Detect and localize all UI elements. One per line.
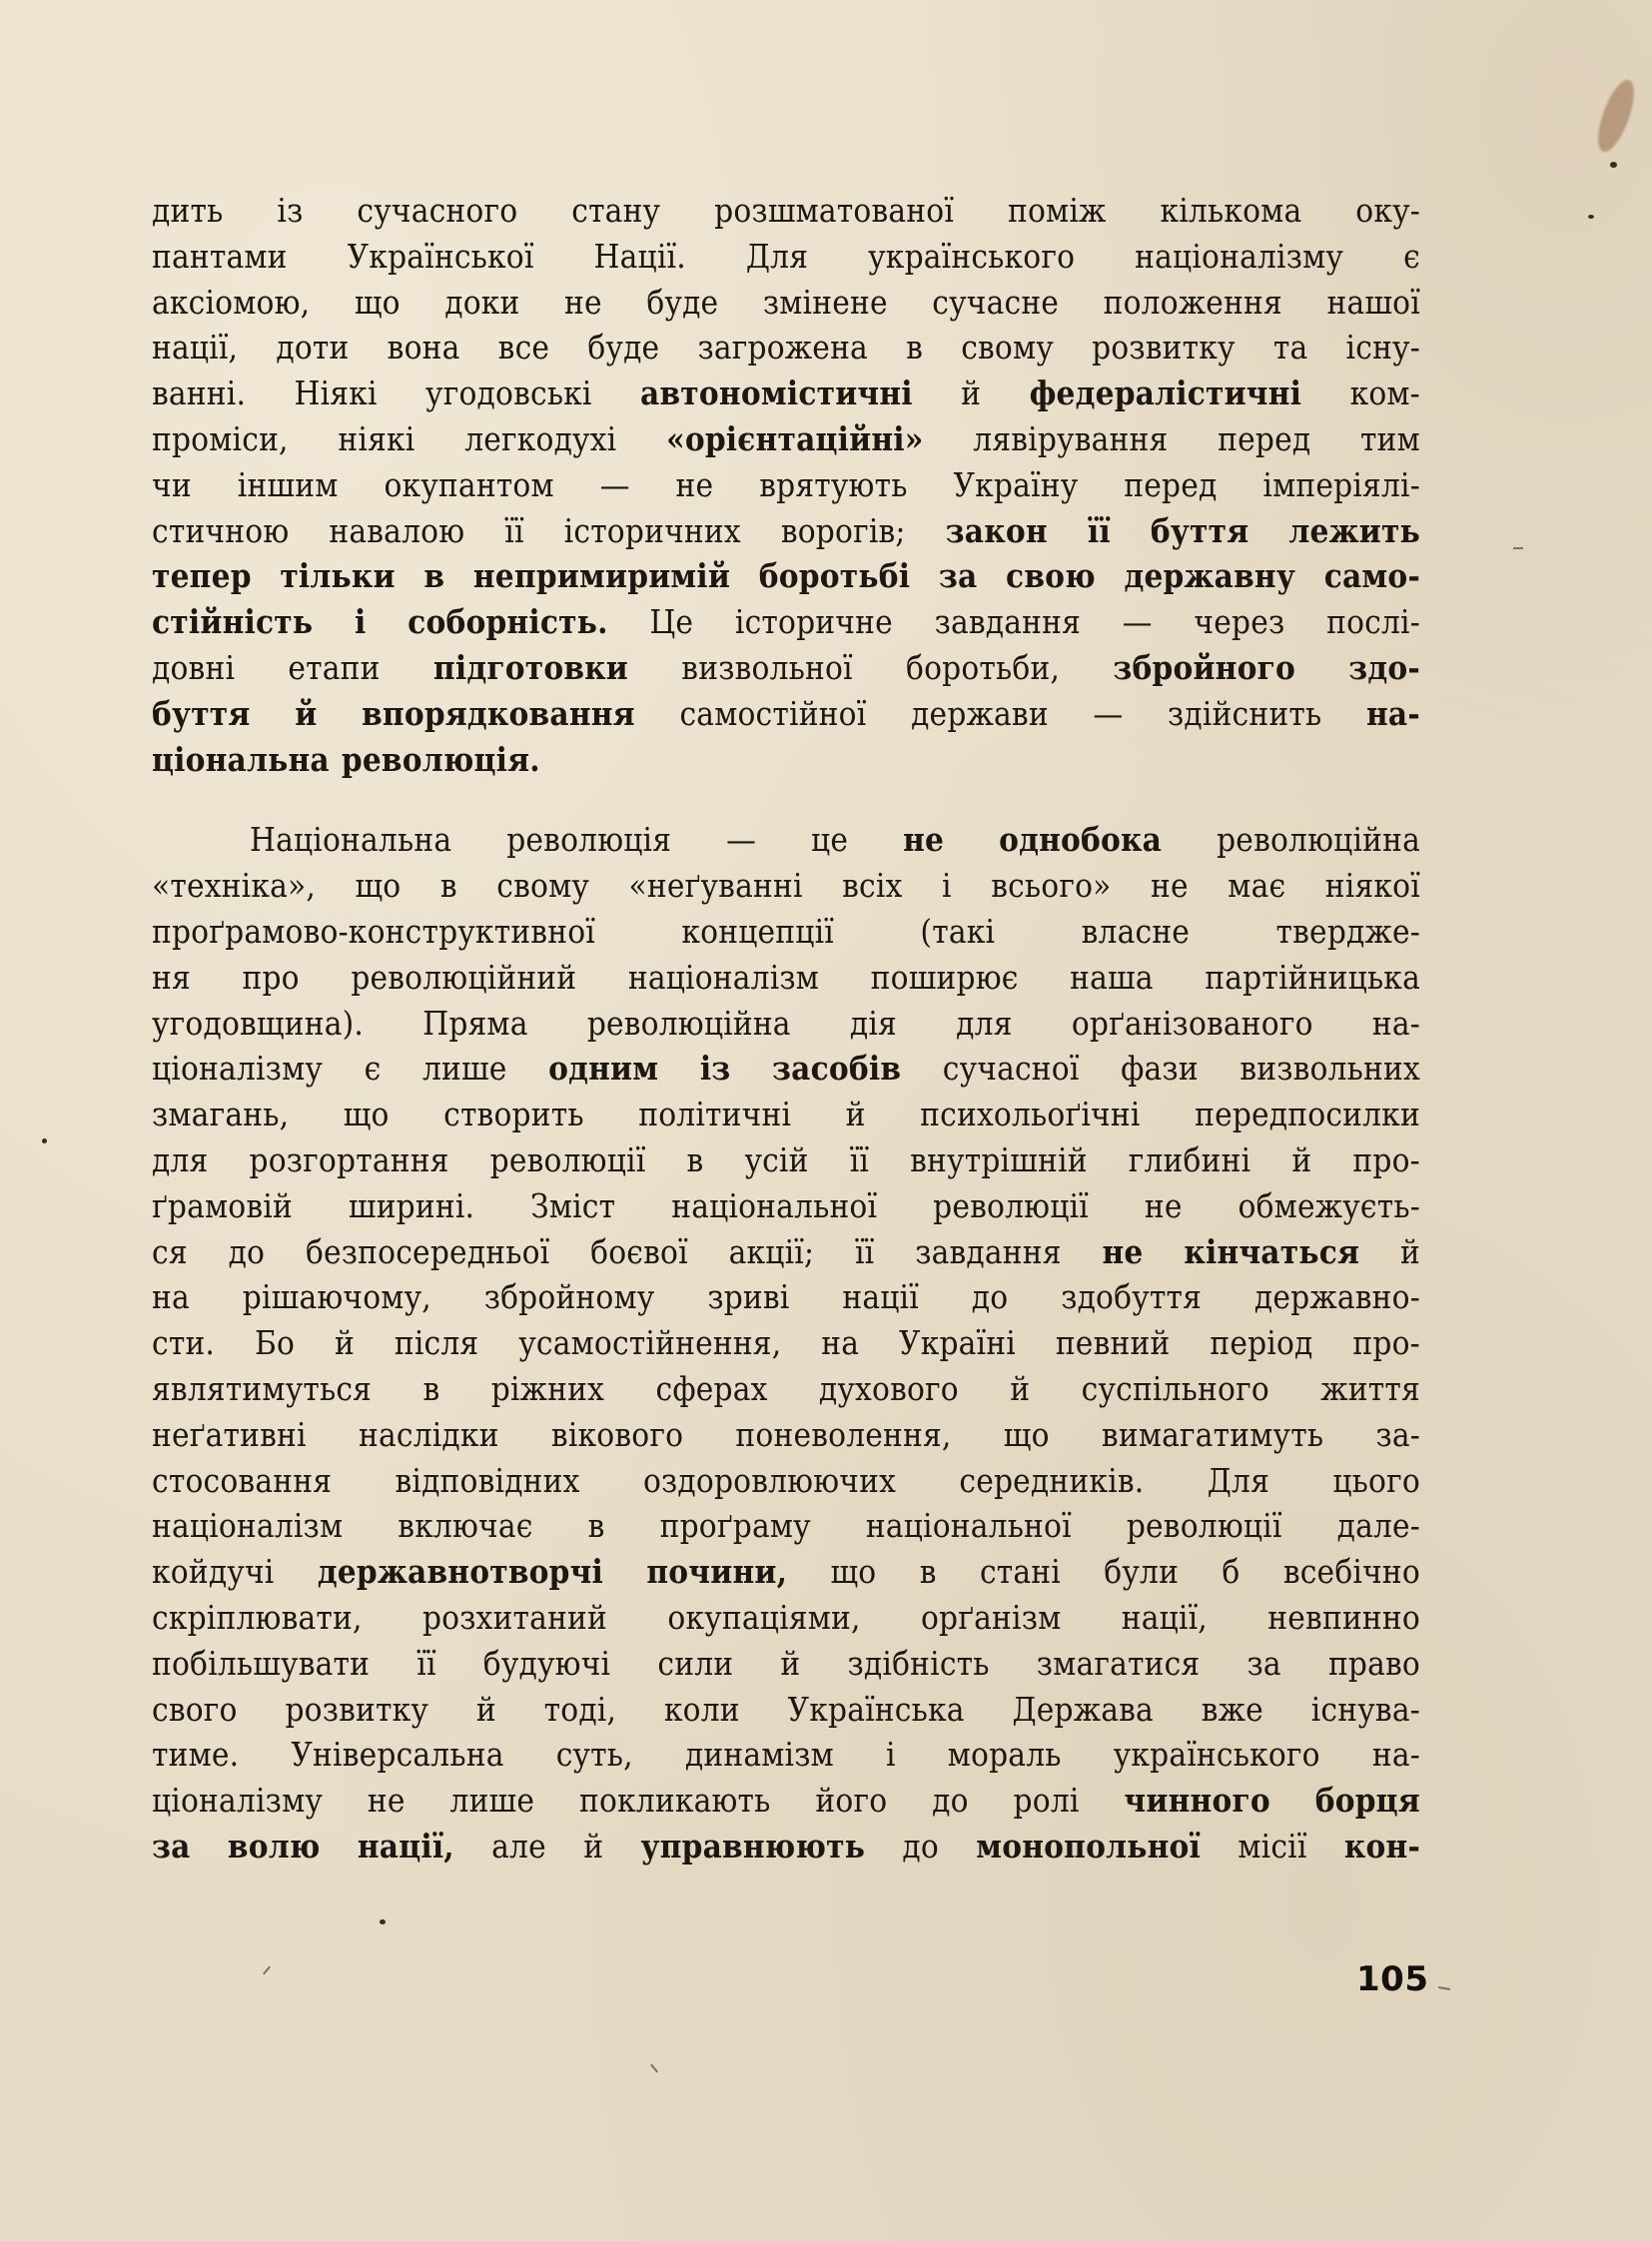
word: однобока	[999, 817, 1162, 863]
bold-text: збройного	[1113, 648, 1295, 687]
word: історичних	[564, 508, 741, 554]
regular-text: її	[855, 1232, 874, 1271]
bold-text: боротьбі	[759, 556, 910, 595]
bold-text: здо-	[1348, 648, 1420, 687]
regular-text: її	[850, 1140, 869, 1179]
regular-text: внутрішній	[910, 1140, 1088, 1179]
bold-text: й	[295, 694, 317, 733]
word: ролі	[1014, 1778, 1080, 1824]
regular-text: до	[902, 1827, 939, 1866]
regular-text: лише	[450, 1781, 535, 1820]
word: скріплювати,	[152, 1595, 363, 1641]
regular-text: окупантом	[384, 465, 553, 504]
regular-text: в	[906, 328, 923, 367]
word: для	[152, 1137, 208, 1183]
word: нашої	[1327, 280, 1420, 326]
word: невпинно	[1267, 1595, 1420, 1641]
regular-text: нації	[842, 1277, 919, 1316]
regular-text: й	[335, 1323, 355, 1362]
text-line: длярозгортанняреволюціївусійїївнутрішній…	[152, 1137, 1420, 1183]
regular-text: право	[1328, 1644, 1420, 1683]
text-line: буттяйвпорядкованнясамостійноїдержави—зд…	[152, 691, 1420, 737]
word: Національна	[250, 817, 451, 863]
word: на	[821, 1320, 859, 1366]
word: —	[1093, 691, 1123, 737]
regular-text: —	[600, 465, 630, 504]
regular-text: стану	[571, 191, 660, 230]
word: суть,	[556, 1732, 633, 1778]
word: визвольних	[1239, 1046, 1420, 1092]
regular-text: концепції	[681, 912, 834, 951]
word: легкодухі	[464, 416, 616, 462]
word: управнюють	[641, 1824, 866, 1869]
word: Ніякі	[294, 371, 377, 416]
regular-text: все	[498, 328, 550, 367]
regular-text: збройному	[484, 1277, 655, 1316]
regular-text: й	[583, 1827, 603, 1866]
regular-text: буде	[646, 283, 718, 322]
regular-text: чи	[152, 465, 192, 504]
regular-text: про-	[1352, 1140, 1419, 1179]
regular-text: всього»	[991, 866, 1111, 905]
paper-mark	[1513, 547, 1523, 549]
word: ріжних	[491, 1366, 604, 1412]
word: Універсальна	[291, 1732, 503, 1778]
regular-text: розгортання	[250, 1140, 449, 1179]
word: що	[344, 1092, 390, 1137]
word: ворогів;	[781, 508, 906, 554]
word: розгортання	[250, 1137, 449, 1183]
word: доти	[276, 325, 349, 371]
text-line: стичноюнавалоюїїісторичнихворогів;законї…	[152, 508, 1420, 554]
word: із	[277, 188, 303, 234]
word: в	[906, 325, 923, 371]
word: орґанізованого	[1072, 1001, 1313, 1047]
regular-text: поневолення,	[735, 1415, 951, 1454]
word: й	[1010, 1366, 1030, 1412]
word: федералістичні	[1030, 371, 1302, 416]
word: за	[152, 1824, 191, 1869]
word: політичні	[638, 1092, 791, 1137]
word: вимагатимуть	[1102, 1412, 1323, 1458]
regular-text: ся	[152, 1232, 188, 1271]
word: за	[1247, 1641, 1281, 1687]
word: окупаціями,	[667, 1595, 860, 1641]
regular-text: революції	[933, 1186, 1089, 1225]
word: чи	[152, 462, 192, 508]
regular-text: ком-	[1350, 373, 1420, 412]
word: й	[1291, 1137, 1311, 1183]
word: і	[355, 599, 366, 645]
word: передпосилки	[1195, 1092, 1420, 1137]
word: ґрамовій	[152, 1183, 293, 1229]
regular-text: боротьби,	[906, 648, 1060, 687]
bold-text: волю	[228, 1827, 321, 1866]
word: впорядковання	[362, 691, 635, 737]
word: й	[335, 1320, 355, 1366]
regular-text: держави	[911, 694, 1049, 733]
word: (такі	[920, 909, 995, 955]
regular-text: дія	[850, 1004, 897, 1043]
word: лише	[422, 1046, 507, 1092]
word: обмежуєть-	[1239, 1183, 1420, 1229]
bold-text: на-	[1366, 694, 1420, 733]
word: революція	[506, 817, 671, 863]
word: кон-	[1344, 1824, 1420, 1869]
regular-text: Нації.	[594, 237, 686, 276]
regular-text: ціоналізму	[152, 1781, 323, 1820]
word: революція.	[342, 737, 540, 783]
word: розвитку	[285, 1687, 428, 1733]
bold-text: тільки	[280, 556, 395, 595]
regular-text: психольоґічні	[920, 1095, 1140, 1133]
bold-text: і	[355, 602, 366, 641]
bold-text: свою	[1006, 556, 1096, 595]
word: навалою	[329, 508, 464, 554]
word: проґрамово-конструктивної	[152, 909, 595, 955]
bold-text: управнюють	[641, 1827, 866, 1866]
regular-text: ролі	[1014, 1781, 1080, 1820]
word: дія	[850, 1001, 897, 1047]
regular-text: в	[920, 1552, 937, 1591]
regular-text: й	[780, 1644, 800, 1683]
regular-text: націоналізму	[1135, 237, 1343, 276]
word: буде	[646, 280, 718, 326]
regular-text: в	[440, 866, 457, 905]
regular-text: на-	[1372, 1004, 1420, 1043]
regular-text: Україну	[954, 465, 1079, 504]
word: нації,	[152, 325, 238, 371]
regular-text: для	[152, 1140, 208, 1179]
word: Українська	[788, 1687, 965, 1733]
word: в	[686, 1137, 703, 1183]
word: окупантом	[384, 462, 553, 508]
regular-text: що	[356, 866, 402, 905]
regular-text: кількома	[1160, 191, 1301, 230]
word: ніякої	[1325, 863, 1420, 909]
regular-text: доти	[276, 328, 349, 367]
regular-text: не	[564, 283, 602, 322]
regular-text: «техніка»,	[152, 866, 316, 905]
regular-text: визвольних	[1239, 1049, 1420, 1088]
word: і	[886, 1732, 896, 1778]
regular-text: відповідних	[395, 1461, 579, 1500]
regular-text: нації,	[152, 328, 238, 367]
bold-text: автономістичні	[640, 373, 913, 412]
regular-text: орґанізованого	[1072, 1004, 1313, 1043]
regular-text: стосовання	[152, 1461, 332, 1500]
word: на-	[1366, 691, 1420, 737]
word: й	[846, 1092, 866, 1137]
word: дале-	[1337, 1503, 1420, 1549]
regular-text: ріжних	[491, 1369, 604, 1408]
word: змінене	[763, 280, 888, 326]
regular-text: в	[686, 1140, 703, 1179]
word: період	[1210, 1320, 1312, 1366]
word: ся	[152, 1229, 188, 1275]
regular-text: рішаючому,	[243, 1277, 431, 1316]
word: не	[1151, 863, 1189, 909]
regular-text: розшматованої	[714, 191, 954, 230]
regular-text: націоналізм	[152, 1506, 343, 1545]
word: її	[850, 1137, 869, 1183]
regular-text: перед	[1124, 465, 1217, 504]
word: на	[152, 1274, 190, 1320]
regular-text: здібність	[848, 1644, 990, 1683]
regular-text: є	[1403, 237, 1420, 276]
bold-text: одним	[548, 1049, 658, 1088]
regular-text: оку-	[1355, 191, 1420, 230]
bold-text: революція.	[342, 740, 540, 779]
word: змагань,	[152, 1092, 289, 1137]
word: але	[491, 1824, 546, 1869]
regular-text: усамостійнення,	[518, 1323, 781, 1362]
regular-text: й	[1400, 1232, 1420, 1271]
word: кінчаться	[1184, 1229, 1359, 1275]
regular-text: ванні.	[152, 373, 246, 412]
word: власне	[1082, 909, 1190, 955]
regular-text: це	[811, 820, 848, 859]
regular-text: ніякі	[338, 419, 414, 458]
text-line: дитьізсучасногостанурозшматованоїпоміжкі…	[152, 188, 1420, 234]
bold-text: із	[700, 1049, 731, 1088]
bold-text: тепер	[152, 556, 252, 595]
word: лише	[450, 1778, 535, 1824]
bold-text: державну	[1124, 556, 1295, 595]
paper-speck	[380, 1919, 386, 1924]
word: вікового	[551, 1412, 683, 1458]
word: її	[416, 1641, 435, 1687]
regular-text: після	[395, 1323, 478, 1362]
word: й	[1400, 1229, 1420, 1275]
body-text: дитьізсучасногостанурозшматованоїпоміжкі…	[152, 188, 1420, 1869]
word: буття	[152, 691, 251, 737]
word: безпосередньої	[306, 1229, 549, 1275]
regular-text: твердже-	[1276, 912, 1420, 951]
text-line: проґрамово-конструктивноїконцепції(таків…	[152, 909, 1420, 955]
word: цього	[1332, 1458, 1420, 1504]
regular-text: певний	[1056, 1323, 1171, 1362]
regular-text: оздоровлюючих	[643, 1461, 896, 1500]
regular-text: до	[932, 1781, 969, 1820]
word: революційна	[1217, 817, 1420, 863]
regular-text: сучасної	[943, 1049, 1080, 1088]
word: в	[440, 863, 457, 909]
bold-text: буття	[152, 694, 251, 733]
word: визвольної	[681, 645, 852, 691]
word: не	[676, 462, 714, 508]
regular-text: всебічно	[1283, 1552, 1420, 1591]
regular-text: Української	[348, 237, 534, 276]
text-line: ванні.Ніякіугодовськіавтономістичнійфеде…	[152, 371, 1420, 416]
regular-text: —	[1093, 694, 1123, 733]
word: покликають	[579, 1778, 771, 1824]
word: націоналізм	[152, 1503, 343, 1549]
word: про-	[1352, 1320, 1419, 1366]
paper-mark	[650, 2064, 658, 2073]
regular-text: включає	[398, 1506, 532, 1545]
regular-text: свого	[152, 1690, 238, 1729]
word: психольоґічні	[920, 1092, 1140, 1137]
regular-text: історичне	[735, 602, 893, 641]
regular-text: Це	[649, 602, 693, 641]
regular-text: революції	[1127, 1506, 1282, 1545]
word: побільшувати	[152, 1641, 370, 1687]
regular-text: безпосередньої	[306, 1232, 549, 1271]
word: —	[726, 817, 756, 863]
word: революції	[490, 1137, 646, 1183]
regular-text: в	[422, 1369, 439, 1408]
regular-text: самостійної	[679, 694, 866, 733]
word: стану	[571, 188, 660, 234]
word: наслідки	[359, 1412, 499, 1458]
regular-text: дале-	[1337, 1506, 1420, 1545]
word: після	[395, 1320, 478, 1366]
page-number: 105	[1356, 1959, 1428, 1999]
text-line: являтимутьсявріжнихсферахдуховогойсуспіл…	[152, 1366, 1420, 1412]
bold-text: державнотворчі	[318, 1552, 603, 1591]
word: здо-	[1348, 645, 1420, 691]
regular-text: розхитаний	[422, 1598, 607, 1637]
word: розвитку	[1092, 325, 1236, 371]
regular-text: наша	[1070, 958, 1154, 997]
regular-text: всіх	[842, 866, 902, 905]
word: положення	[1104, 280, 1282, 326]
bold-text: за	[939, 556, 978, 595]
regular-text: що	[1004, 1415, 1050, 1454]
bold-text: чинного	[1124, 1781, 1269, 1820]
word: сучасної	[943, 1046, 1080, 1092]
regular-text: Українська	[788, 1690, 965, 1729]
word: боротьби,	[906, 645, 1060, 691]
regular-text: Універсальна	[291, 1735, 503, 1774]
word: має	[1228, 863, 1285, 909]
word: й	[780, 1641, 800, 1687]
paragraph-gap	[152, 782, 1420, 817]
word: концепції	[681, 909, 834, 955]
regular-text: свому	[961, 328, 1054, 367]
regular-text: ворогів;	[781, 511, 906, 550]
regular-text: не	[368, 1781, 406, 1820]
word: внутрішній	[910, 1137, 1088, 1183]
word: б	[1222, 1549, 1239, 1595]
regular-text: стані	[980, 1552, 1061, 1591]
regular-text: тоді,	[544, 1690, 616, 1729]
regular-text: свому	[496, 866, 589, 905]
word: здібність	[848, 1641, 990, 1687]
word: стійність	[152, 599, 313, 645]
regular-text: революція	[506, 820, 671, 859]
word: етапи	[288, 645, 380, 691]
word: автономістичні	[640, 371, 913, 416]
text-line: змагань,щостворитьполітичнійпсихольоґічн…	[152, 1092, 1420, 1137]
word: духового	[819, 1366, 959, 1412]
word: до	[229, 1229, 266, 1275]
word: буття	[1151, 508, 1249, 554]
word: Україну	[954, 462, 1079, 508]
bold-text: не	[903, 820, 944, 859]
word: та	[1273, 325, 1308, 371]
paper-mark	[1438, 1986, 1450, 1990]
word: Держава	[1012, 1687, 1154, 1733]
word: будуючі	[483, 1641, 610, 1687]
regular-text: койдучі	[152, 1552, 274, 1591]
regular-text: ґрамовій	[152, 1186, 293, 1225]
regular-text: не	[1145, 1186, 1183, 1225]
regular-text: проміси,	[152, 419, 289, 458]
regular-text: Ніякі	[294, 373, 377, 412]
bold-text: непримиримій	[473, 556, 730, 595]
regular-text: змагатися	[1037, 1644, 1201, 1683]
regular-text: ніякої	[1325, 866, 1420, 905]
word: існу-	[1346, 325, 1420, 371]
word: завдання	[935, 599, 1081, 645]
word: тиме.	[152, 1732, 239, 1778]
word: через	[1194, 599, 1284, 645]
regular-text: змагань,	[152, 1095, 289, 1133]
bold-text: соборність.	[408, 602, 607, 641]
word: загрожена	[697, 325, 867, 371]
regular-text: є	[365, 1049, 382, 1088]
regular-text: політичні	[638, 1095, 791, 1133]
word: всебічно	[1283, 1549, 1420, 1595]
word: сили	[657, 1641, 733, 1687]
word: не	[1102, 1229, 1143, 1275]
regular-text: невпинно	[1267, 1598, 1420, 1637]
regular-text: й	[1010, 1369, 1030, 1408]
regular-text: перед	[1218, 419, 1310, 458]
bold-text: почини,	[646, 1552, 787, 1591]
word: свому	[496, 863, 589, 909]
text-line: свогорозвиткуйтоді,колиУкраїнськаДержава…	[152, 1687, 1420, 1733]
word: були	[1104, 1549, 1179, 1595]
word: фази	[1121, 1046, 1199, 1092]
word: закон	[946, 508, 1048, 554]
word: глибині	[1129, 1137, 1251, 1183]
regular-text: лише	[422, 1049, 507, 1088]
regular-text: боєвої	[590, 1232, 688, 1271]
regular-text: на	[821, 1323, 859, 1362]
word: певний	[1056, 1320, 1171, 1366]
regular-text: ня	[152, 958, 191, 997]
word: й	[961, 371, 981, 416]
word: непримиримій	[473, 553, 730, 599]
book-page: дитьізсучасногостанурозшматованоїпоміжкі…	[0, 0, 1652, 2241]
word: перед	[1124, 462, 1217, 508]
regular-text: легкодухі	[464, 419, 616, 458]
word: в	[588, 1503, 605, 1549]
text-line: нації,дотивонавсебудезагроженавсвомурозв…	[152, 325, 1420, 371]
word: про-	[1352, 1137, 1419, 1183]
word: Для	[746, 234, 808, 280]
regular-text: угодовщина).	[152, 1004, 364, 1043]
regular-text: нашої	[1327, 283, 1420, 322]
word: що	[356, 863, 402, 909]
regular-text: сучасне	[932, 283, 1059, 322]
regular-text: розвитку	[285, 1690, 428, 1729]
word: що	[830, 1549, 876, 1595]
word: нації,	[1122, 1595, 1208, 1641]
regular-text: національної	[866, 1506, 1072, 1545]
regular-text: і	[942, 866, 952, 905]
paper-mark	[263, 1966, 271, 1975]
regular-text: доки	[444, 283, 519, 322]
word: революційний	[351, 955, 576, 1001]
word: «техніка»,	[152, 863, 316, 909]
regular-text: орґанізм	[921, 1598, 1061, 1637]
regular-text: має	[1228, 866, 1285, 905]
regular-text: врятують	[759, 465, 907, 504]
